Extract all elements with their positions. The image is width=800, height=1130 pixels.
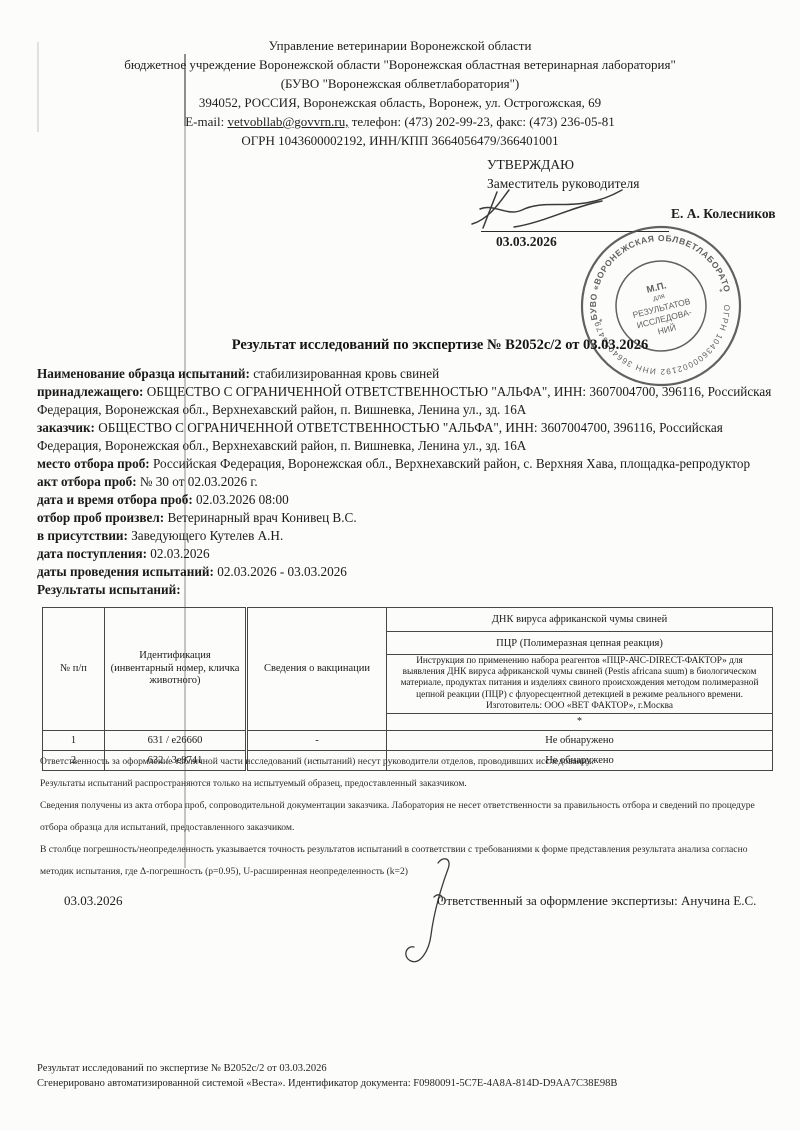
stamp-center-dlya: для <box>652 293 666 303</box>
org-header: Управление ветеринарии Воронежской облас… <box>30 36 770 150</box>
detail-value: Российская Федерация, Воронежская обл., … <box>153 456 750 471</box>
col-header-method: ПЦР (Полимеразная цепная реакция) <box>387 632 773 655</box>
org-contacts: E-mail: vetvobllab@govvrn.ru, телефон: (… <box>30 112 770 131</box>
detail-label: принадлежащего: <box>37 384 143 399</box>
col-header-asterisk: * <box>387 714 773 731</box>
stamp-center-mp: М.П. <box>645 280 667 296</box>
detail-line: даты проведения испытаний: 02.03.2026 - … <box>37 563 774 581</box>
detail-value: стабилизированная кровь свиней <box>253 366 439 381</box>
detail-label: заказчик: <box>37 420 95 435</box>
detail-label: даты проведения испытаний: <box>37 564 214 579</box>
scanned-document-page: Управление ветеринарии Воронежской облас… <box>0 0 800 1130</box>
detail-label: в присутствии: <box>37 528 128 543</box>
detail-line: в присутствии: Заведующего Кутелев А.Н. <box>37 527 774 545</box>
footnote: Результаты испытаний распространяются то… <box>40 773 775 795</box>
detail-value: № 30 от 02.03.2026 г. <box>140 474 258 489</box>
org-email: vetvobllab@govvrn.ru, <box>227 114 348 129</box>
detail-line: принадлежащего: ОБЩЕСТВО С ОГРАНИЧЕННОЙ … <box>37 383 774 419</box>
col-header-number: № п/п <box>43 608 105 731</box>
detail-line: акт отбора проб: № 30 от 02.03.2026 г. <box>37 473 774 491</box>
detail-label: акт отбора проб: <box>37 474 137 489</box>
footnote: Сведения получены из акта отбора проб, с… <box>40 795 775 839</box>
footnote: Ответственность за оформление табличной … <box>40 751 775 773</box>
detail-value: 02.03.2026 - 03.03.2026 <box>217 564 347 579</box>
report-date: 03.03.2026 <box>64 893 123 909</box>
detail-value: Заведующего Кутелев А.Н. <box>131 528 283 543</box>
row-identification: 631 / е26660 <box>105 731 247 751</box>
responsible-person: Ответственный за оформление экспертизы: … <box>437 893 756 909</box>
col-header-test-name: ДНК вируса африканской чумы свиней <box>387 608 773 632</box>
detail-line: дата поступления: 02.03.2026 <box>37 545 774 563</box>
footer-generated-by: Сгенерировано автоматизированной системо… <box>37 1077 777 1092</box>
org-short-name: (БУВО "Воронежская облветлаборатория") <box>30 74 770 93</box>
detail-label: дата поступления: <box>37 546 147 561</box>
detail-label: дата и время отбора проб: <box>37 492 193 507</box>
detail-label: Наименование образца испытаний: <box>37 366 250 381</box>
detail-label: отбор проб произвел: <box>37 510 164 525</box>
col-header-method-detail: Инструкция по применению набора реагенто… <box>387 655 773 714</box>
document-footer: Результат исследований по экспертизе № В… <box>37 1062 777 1091</box>
detail-value: ОБЩЕСТВО С ОГРАНИЧЕННОЙ ОТВЕТСТВЕННОСТЬЮ… <box>37 384 771 417</box>
org-authority: Управление ветеринарии Воронежской облас… <box>30 36 770 55</box>
document-title: Результат исследований по экспертизе № В… <box>110 337 770 354</box>
results-table: № п/п Идентификация (инвентарный номер, … <box>42 607 773 771</box>
org-address: 394052, РОССИЯ, Воронежская область, Вор… <box>30 93 770 112</box>
detail-line: отбор проб произвел: Ветеринарный врач К… <box>37 509 774 527</box>
footer-expertise-ref: Результат исследований по экспертизе № В… <box>37 1062 777 1077</box>
detail-label: место отбора проб: <box>37 456 150 471</box>
org-phone-fax: телефон: (473) 202-99-23, факс: (473) 23… <box>352 114 615 129</box>
row-vaccination: - <box>247 731 387 751</box>
detail-value: 02.03.2026 <box>150 546 209 561</box>
detail-line: заказчик: ОБЩЕСТВО С ОГРАНИЧЕННОЙ ОТВЕТС… <box>37 419 774 455</box>
detail-line: место отбора проб: Российская Федерация,… <box>37 455 774 473</box>
detail-line: дата и время отбора проб: 02.03.2026 08:… <box>37 491 774 509</box>
row-result: Не обнаружено <box>387 731 773 751</box>
col-header-identification: Идентификация (инвентарный номер, кличка… <box>105 608 247 731</box>
result-row: 1 631 / е26660 - Не обнаружено <box>43 731 773 751</box>
col-header-vaccination: Сведения о вакцинации <box>247 608 387 731</box>
row-number: 1 <box>43 731 105 751</box>
signature-anuchina <box>392 853 456 968</box>
detail-value: ОБЩЕСТВО С ОГРАНИЧЕННОЙ ОТВЕТСТВЕННОСТЬЮ… <box>37 420 723 453</box>
approve-word: УТВЕРЖДАЮ <box>487 155 639 174</box>
detail-line: Результаты испытаний: <box>37 581 774 599</box>
detail-label: Результаты испытаний: <box>37 582 181 597</box>
detail-value: Ветеринарный врач Конивец В.С. <box>167 510 356 525</box>
detail-line: Наименование образца испытаний: стабилиз… <box>37 365 774 383</box>
sample-details: Наименование образца испытаний: стабилиз… <box>37 365 774 599</box>
approval-date: 03.03.2026 <box>496 234 557 250</box>
email-label: E-mail: <box>185 114 224 129</box>
org-ogrn-inn: ОГРН 1043600002192, ИНН/КПП 3664056479/3… <box>30 131 770 150</box>
detail-value: 02.03.2026 08:00 <box>196 492 289 507</box>
org-name: бюджетное учреждение Воронежской области… <box>30 55 770 74</box>
